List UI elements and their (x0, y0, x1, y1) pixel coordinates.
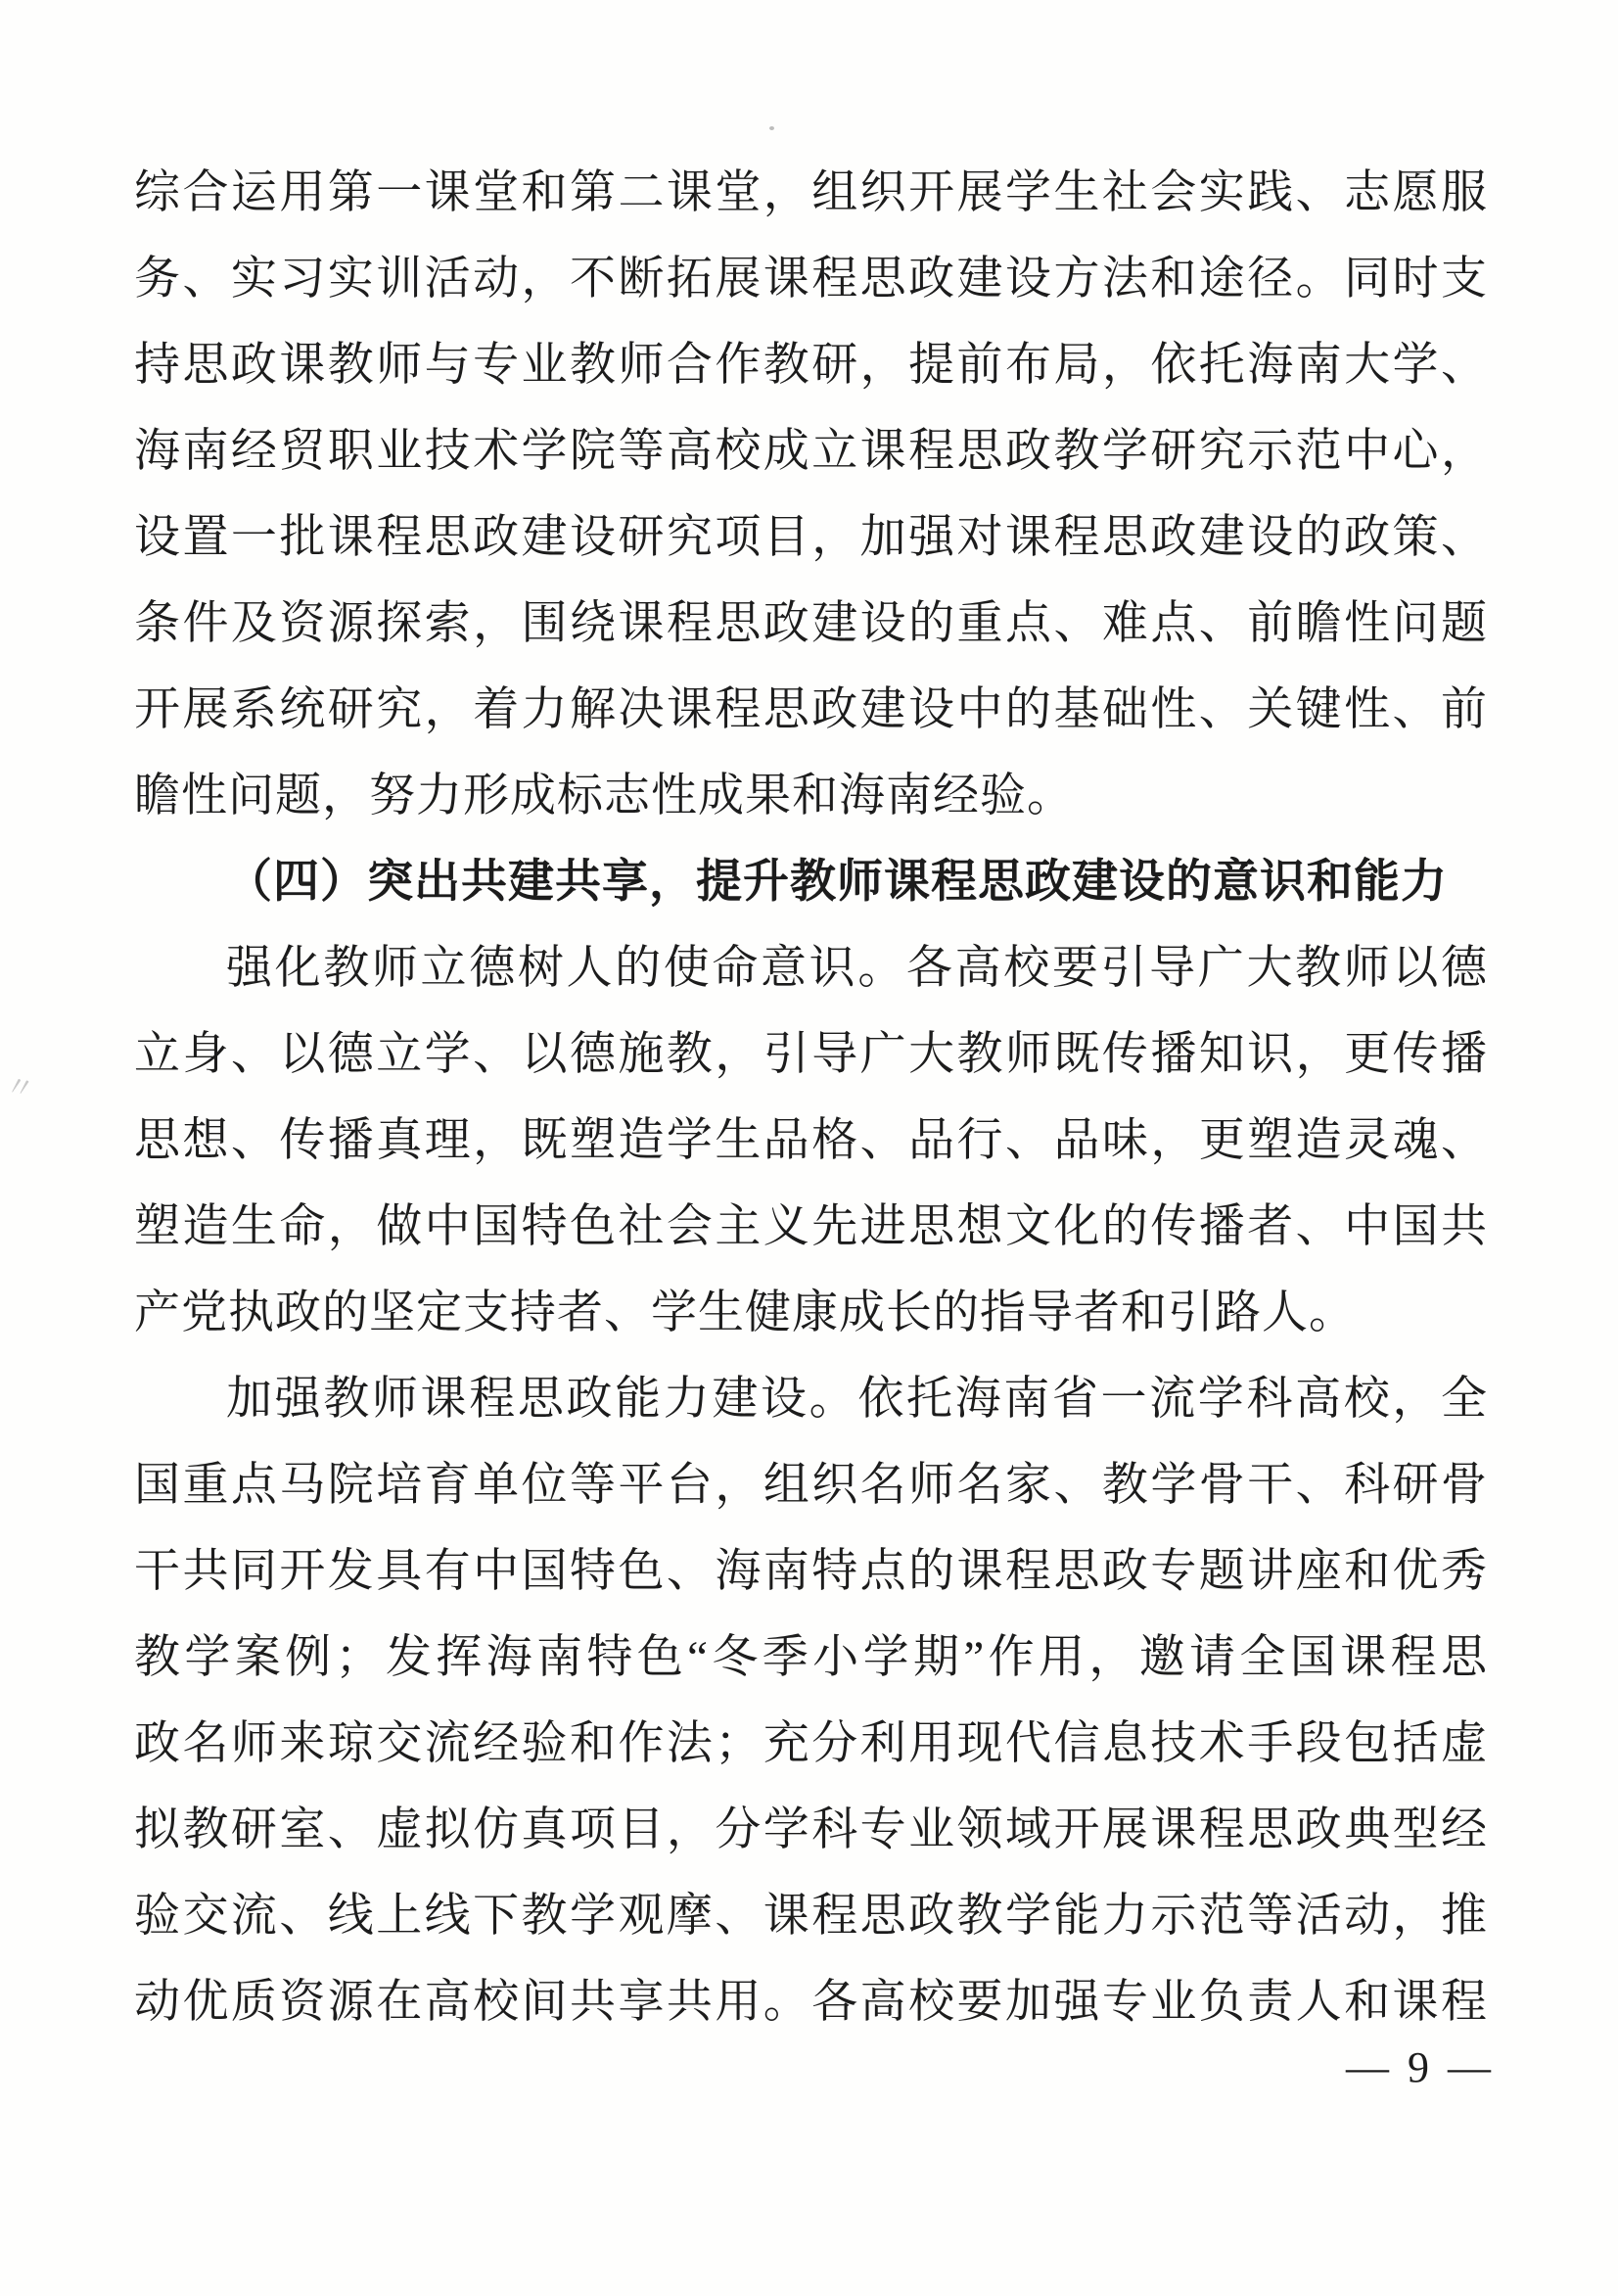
text-line: 持思政课教师与专业教师合作教研，提前布局，依托海南大学、 (134, 322, 1488, 408)
heading-line: （四）突出共建共享，提升教师课程思政建设的意识和能力 (134, 839, 1488, 925)
text-line: 政名师来琼交流经验和作法；充分利用现代信息技术手段包括虚 (134, 1701, 1488, 1787)
text-line: 立身、以德立学、以德施教，引导广大教师既传播知识，更传播 (134, 1011, 1488, 1098)
text-line: 产党执政的坚定支持者、学生健康成长的指导者和引路人。 (134, 1270, 1488, 1356)
text-line: 教学案例；发挥海南特色“冬季小学期”作用，邀请全国课程思 (134, 1615, 1488, 1701)
page-number: — 9 — (1346, 2038, 1495, 2097)
body-text: 综合运用第一课堂和第二课堂，组织开展学生社会实践、志愿服务、实习实训活动，不断拓… (134, 150, 1488, 2045)
text-line: 加强教师课程思政能力建设。依托海南省一流学科高校，全 (134, 1356, 1488, 1442)
document-page: 〃 综合运用第一课堂和第二课堂，组织开展学生社会实践、志愿服务、实习实训活动，不… (0, 0, 1618, 2296)
text-line: 综合运用第一课堂和第二课堂，组织开展学生社会实践、志愿服 (134, 150, 1488, 236)
text-line: 动优质资源在高校间共享共用。各高校要加强专业负责人和课程 (134, 1959, 1488, 2045)
text-line: 瞻性问题，努力形成标志性成果和海南经验。 (134, 753, 1488, 839)
text-line: 开展系统研究，着力解决课程思政建设中的基础性、关键性、前 (134, 667, 1488, 753)
text-line: 思想、传播真理，既塑造学生品格、品行、品味，更塑造灵魂、 (134, 1098, 1488, 1184)
text-line: 强化教师立德树人的使命意识。各高校要引导广大教师以德 (134, 925, 1488, 1011)
text-line: 务、实习实训活动，不断拓展课程思政建设方法和途径。同时支 (134, 236, 1488, 322)
text-line: 条件及资源探索，围绕课程思政建设的重点、难点、前瞻性问题 (134, 581, 1488, 667)
text-line: 干共同开发具有中国特色、海南特点的课程思政专题讲座和优秀 (134, 1528, 1488, 1615)
text-line: 塑造生命，做中国特色社会主义先进思想文化的传播者、中国共 (134, 1184, 1488, 1270)
text-line: 拟教研室、虚拟仿真项目，分学科专业领域开展课程思政典型经 (134, 1787, 1488, 1873)
text-line: 验交流、线上线下教学观摩、课程思政教学能力示范等活动，推 (134, 1873, 1488, 1959)
text-line: 国重点马院培育单位等平台，组织名师名家、教学骨干、科研骨 (134, 1442, 1488, 1528)
scan-artifact-mark: 〃 (2, 1061, 38, 1109)
scan-artifact-dot (769, 126, 774, 130)
text-line: 海南经贸职业技术学院等高校成立课程思政教学研究示范中心， (134, 408, 1488, 494)
text-line: 设置一批课程思政建设研究项目，加强对课程思政建设的政策、 (134, 494, 1488, 581)
